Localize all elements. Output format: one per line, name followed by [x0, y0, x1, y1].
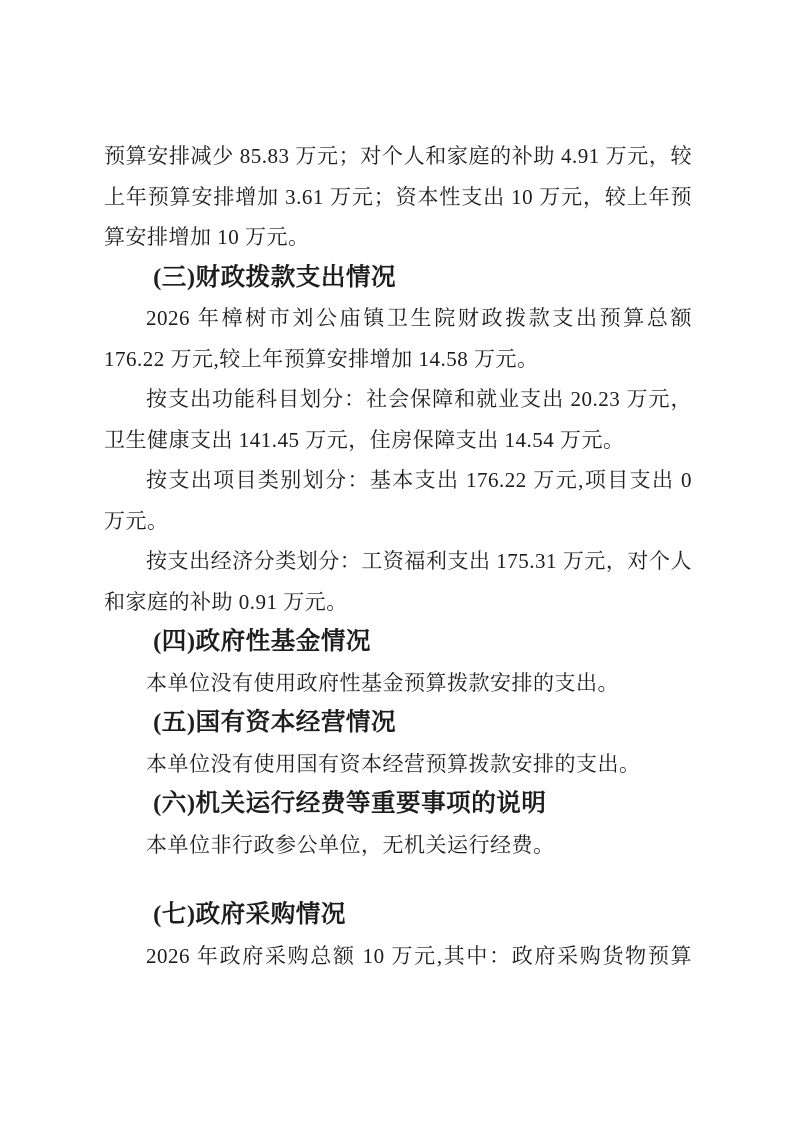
- paragraph-spacer: [104, 865, 692, 895]
- body-paragraph: 本单位没有使用政府性基金预算拨款安排的支出。: [104, 663, 692, 704]
- section-heading: (七)政府采购情况: [104, 895, 692, 936]
- section-heading: (三)财政拨款支出情况: [104, 258, 692, 299]
- body-paragraph: 本单位没有使用国有资本经营预算拨款安排的支出。: [104, 744, 692, 785]
- body-paragraph: 按支出项目类别划分：基本支出 176.22 万元,项目支出 0 万元。: [104, 460, 692, 541]
- body-paragraph: 按支出经济分类划分：工资福利支出 175.31 万元，对个人和家庭的补助 0.9…: [104, 541, 692, 622]
- section-heading: (五)国有资本经营情况: [104, 703, 692, 744]
- document-content: 预算安排减少 85.83 万元；对个人和家庭的补助 4.91 万元，较上年预算安…: [104, 136, 692, 976]
- body-paragraph: 按支出功能科目划分：社会保障和就业支出 20.23 万元，卫生健康支出 141.…: [104, 379, 692, 460]
- body-paragraph: 预算安排减少 85.83 万元；对个人和家庭的补助 4.91 万元，较上年预算安…: [104, 136, 692, 258]
- body-paragraph: 2026 年樟树市刘公庙镇卫生院财政拨款支出预算总额 176.22 万元,较上年…: [104, 298, 692, 379]
- section-heading: (四)政府性基金情况: [104, 622, 692, 663]
- body-paragraph: 本单位非行政参公单位，无机关运行经费。: [104, 825, 692, 866]
- body-paragraph: 2026 年政府采购总额 10 万元,其中：政府采购货物预算: [104, 936, 692, 977]
- section-heading: (六)机关运行经费等重要事项的说明: [104, 784, 692, 825]
- document-page: 预算安排减少 85.83 万元；对个人和家庭的补助 4.91 万元，较上年预算安…: [0, 0, 793, 1122]
